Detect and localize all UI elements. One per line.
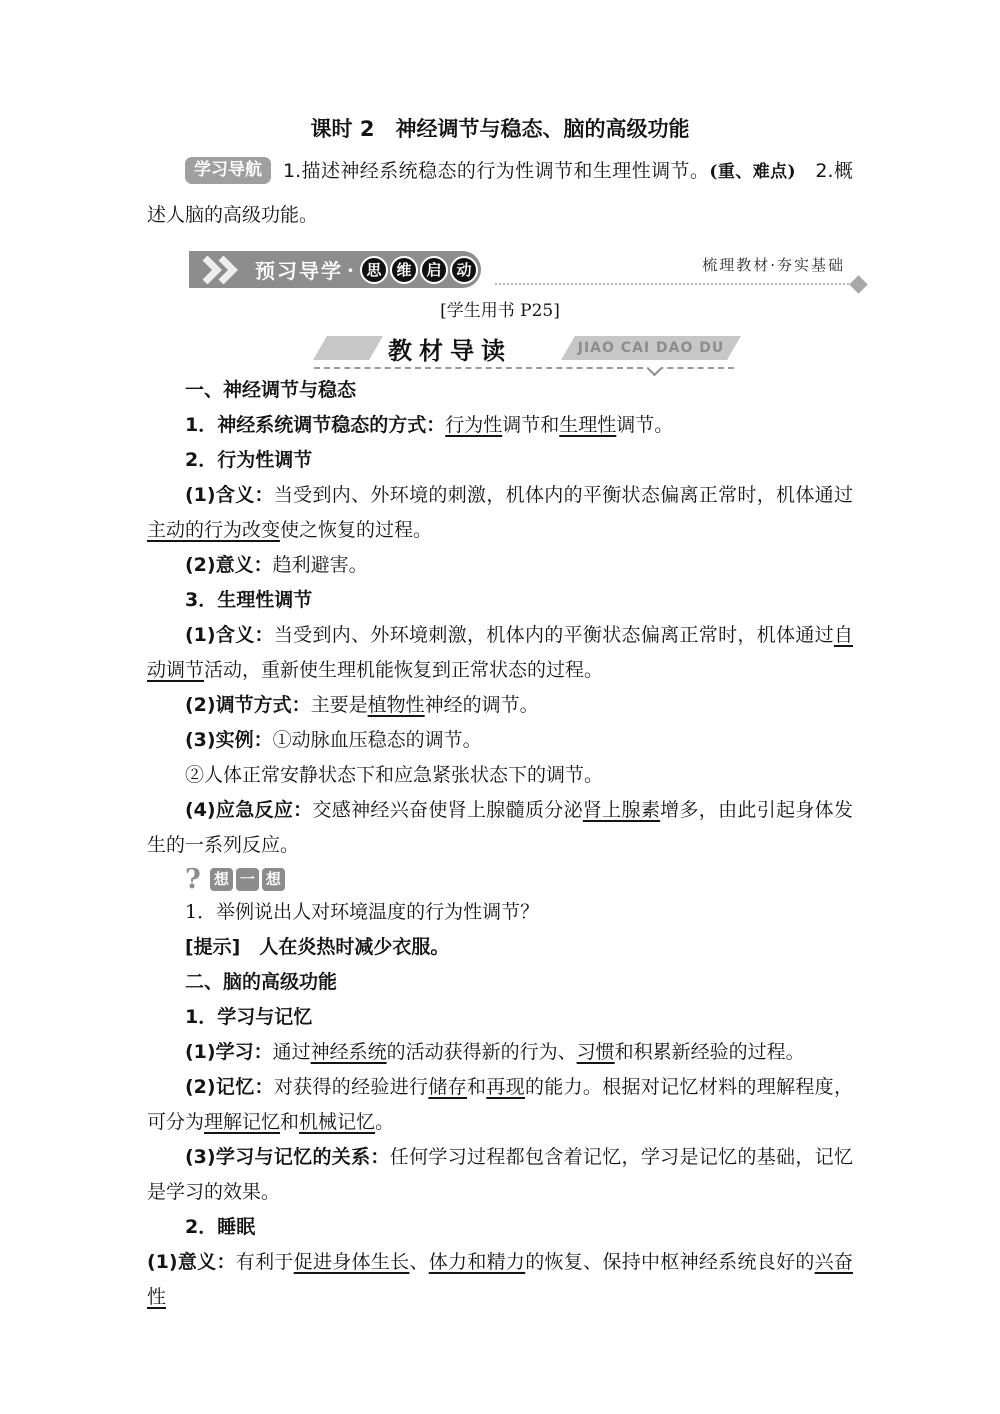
dotted-rule xyxy=(495,283,853,285)
banner-circle-char: 动 xyxy=(450,256,478,284)
banner-dot: · xyxy=(347,258,354,282)
banner-bar: 预习导学 · 思 维 启 动 xyxy=(189,251,481,288)
paragraph: (3)学习与记忆的关系：任何学习过程都包含着记忆，学习是记忆的基础，记忆是学习的… xyxy=(147,1140,853,1210)
textbook-reading-header: 教材导读 JIAO CAI DAO DU xyxy=(314,334,734,362)
sub-heading: 2．睡眠 xyxy=(147,1210,853,1245)
header-pinyin-bar: JIAO CAI DAO DU xyxy=(561,336,741,360)
think-badge-char: 一 xyxy=(236,868,259,891)
paragraph: (1)学习：通过神经系统的活动获得新的行为、习惯和积累新经验的过程。 xyxy=(147,1035,853,1070)
banner-circle-char: 思 xyxy=(360,256,388,284)
think-badge-char: 想 xyxy=(210,868,233,891)
student-book-ref: [学生用书 P25] xyxy=(147,296,853,326)
header-left-bar xyxy=(313,336,383,360)
section-banner: 预习导学 · 思 维 启 动 梳理教材·夯实基础 xyxy=(147,251,853,288)
section-heading: 二、脑的高级功能 xyxy=(147,965,853,1000)
diamond-icon xyxy=(849,275,867,293)
paragraph: (4)应急反应：交感神经兴奋使肾上腺髓质分泌肾上腺素增多，由此引起身体发生的一系… xyxy=(147,793,853,863)
question-mark-icon: ? xyxy=(185,866,201,893)
document-page: 课时 2 神经调节与稳态、脑的高级功能 学习导航1.描述神经系统稳态的行为性调节… xyxy=(0,0,1000,1414)
think-about-it-badge: ? 想 一 想 xyxy=(147,863,853,895)
paragraph: (2)调节方式：主要是植物性神经的调节。 xyxy=(147,688,853,723)
banner-circle-char: 维 xyxy=(390,256,418,284)
page-title: 课时 2 神经调节与稳态、脑的高级功能 xyxy=(147,0,853,146)
banner-circle-char: 启 xyxy=(420,256,448,284)
paragraph: 1．神经系统调节稳态的方式：行为性调节和生理性调节。 xyxy=(147,408,853,443)
paragraph: (3)实例：①动脉血压稳态的调节。 xyxy=(147,723,853,758)
paragraph: (2)意义：趋利避害。 xyxy=(147,548,853,583)
double-chevron-icon xyxy=(201,256,247,284)
paragraph: (2)记忆：对获得的经验进行储存和再现的能力。根据对记忆材料的理解程度，可分为理… xyxy=(147,1070,853,1140)
header-pinyin: JIAO CAI DAO DU xyxy=(568,336,734,360)
think-badge-char: 想 xyxy=(262,868,285,891)
paragraph: (1)意义：有利于促进身体生长、体力和精力的恢复、保持中枢神经系统良好的兴奋性 xyxy=(147,1245,853,1315)
study-nav-badge: 学习导航 xyxy=(185,157,271,184)
paragraph: ②人体正常安静状态下和应急紧张状态下的调节。 xyxy=(147,758,853,793)
think-hint: [提示] 人在炎热时减少衣服。 xyxy=(147,930,853,965)
sub-heading: 1．学习与记忆 xyxy=(147,1000,853,1035)
paragraph: (1)含义：当受到内、外环境刺激，机体内的平衡状态偏离正常时，机体通过自动调节活… xyxy=(147,618,853,688)
sub-heading: 3．生理性调节 xyxy=(147,583,853,618)
banner-right-label: 梳理教材·夯实基础 xyxy=(702,254,845,275)
think-question: 1．举例说出人对环境温度的行为性调节？ xyxy=(147,895,853,930)
section-heading: 一、神经调节与稳态 xyxy=(147,373,853,408)
sub-heading: 2．行为性调节 xyxy=(147,443,853,478)
lesson-body: 一、神经调节与稳态 1．神经系统调节稳态的方式：行为性调节和生理性调节。 2．行… xyxy=(147,373,853,1315)
page-content: 课时 2 神经调节与稳态、脑的高级功能 学习导航1.描述神经系统稳态的行为性调节… xyxy=(147,0,853,1315)
paragraph: (1)含义：当受到内、外环境的刺激，机体内的平衡状态偏离正常时，机体通过主动的行… xyxy=(147,478,853,548)
dashed-rule xyxy=(314,367,734,369)
study-guide-intro: 学习导航1.描述神经系统稳态的行为性调节和生理性调节。(重、难点) 2.概述人脑… xyxy=(147,150,853,237)
header-title: 教材导读 xyxy=(388,331,512,366)
banner-title: 预习导学 xyxy=(255,255,343,284)
